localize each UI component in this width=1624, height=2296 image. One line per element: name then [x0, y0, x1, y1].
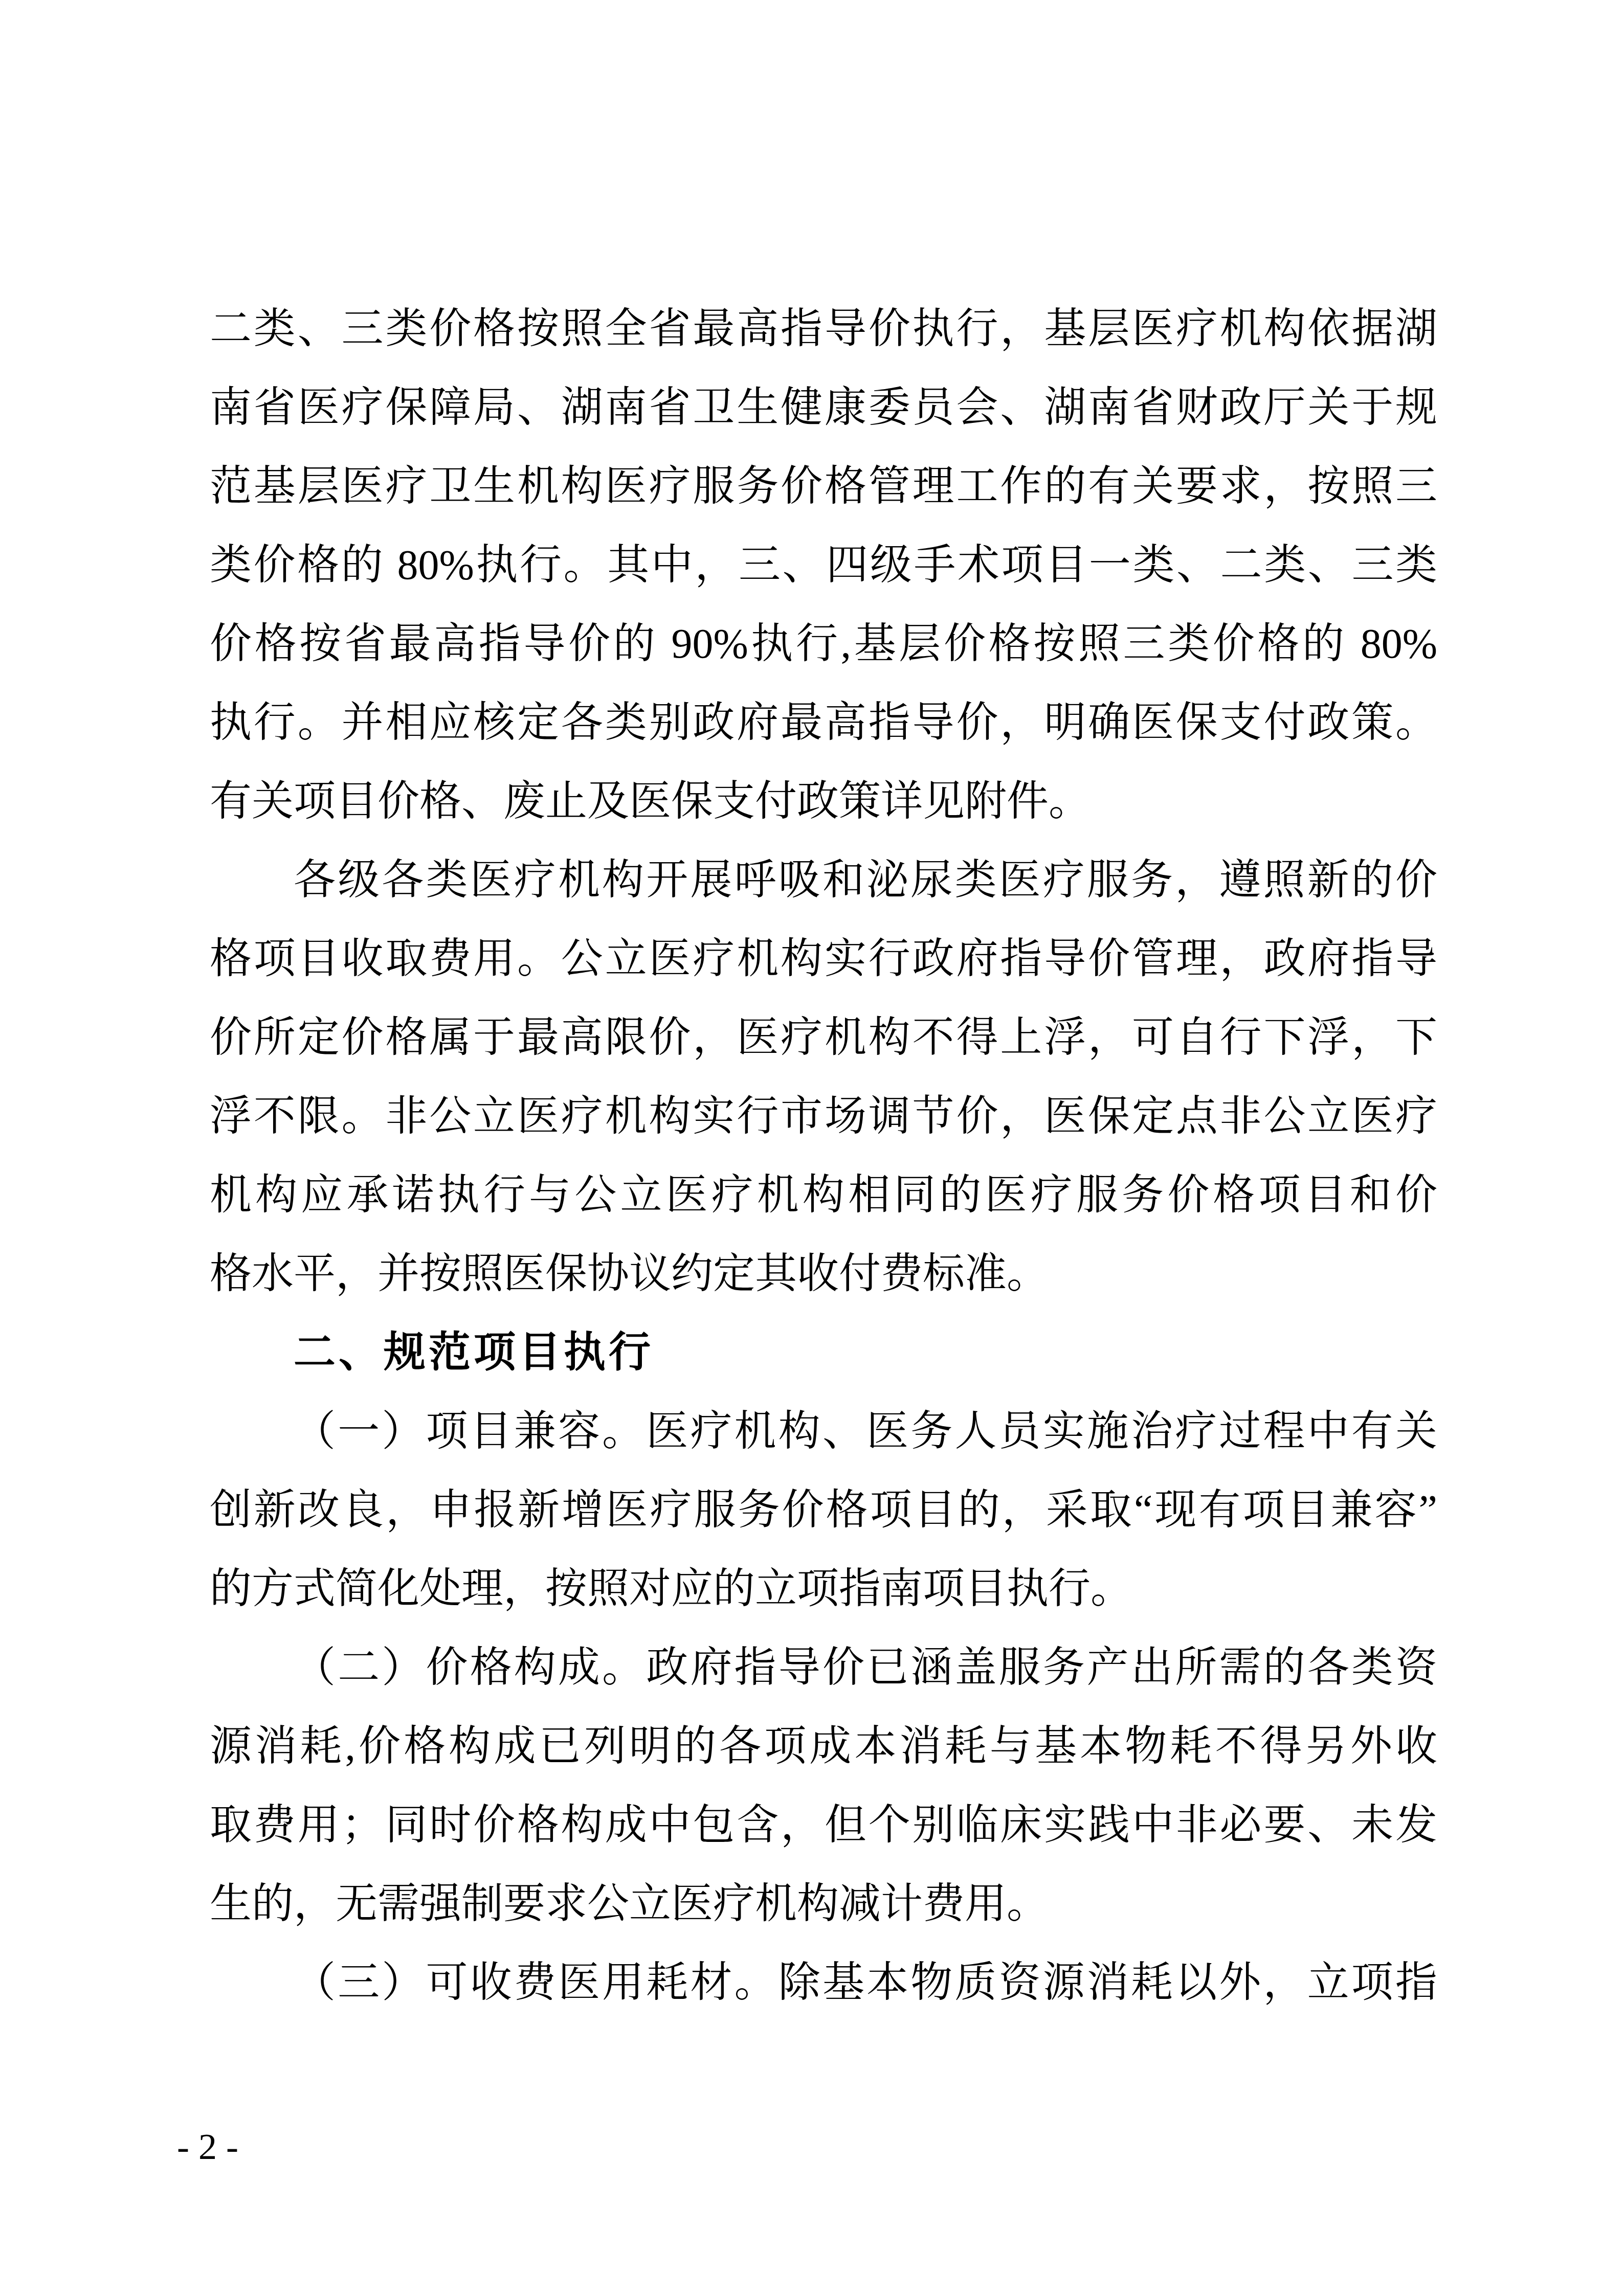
text-line: 格项目收取费用。公立医疗机构实行政府指导价管理，政府指导 [210, 919, 1437, 998]
text-line: 有关项目价格、废止及医保支付政策详见附件。 [210, 762, 1437, 841]
text-line: 生的，无需强制要求公立医疗机构减计费用。 [210, 1864, 1437, 1943]
text-line: 浮不限。非公立医疗机构实行市场调节价，医保定点非公立医疗 [210, 1077, 1437, 1156]
text-line: 取费用；同时价格构成中包含，但个别临床实践中非必要、未发 [210, 1786, 1437, 1864]
text-line: 价格按省最高指导价的 90%执行,基层价格按照三类价格的 80% [210, 604, 1437, 683]
document-page: 二类、三类价格按照全省最高指导价执行，基层医疗机构依据湖 南省医疗保障局、湖南省… [0, 0, 1624, 2296]
text-line: 执行。并相应核定各类别政府最高指导价，明确医保支付政策。 [210, 683, 1437, 762]
page-number: - 2 - [177, 2125, 238, 2168]
text-line: 类价格的 80%执行。其中，三、四级手术项目一类、二类、三类 [210, 526, 1437, 604]
text-line: 创新改良，申报新增医疗服务价格项目的，采取“现有项目兼容” [210, 1471, 1437, 1549]
text-line: 范基层医疗卫生机构医疗服务价格管理工作的有关要求，按照三 [210, 447, 1437, 526]
text-line: （二）价格构成。政府指导价已涵盖服务产出所需的各类资 [210, 1628, 1437, 1707]
text-line: 源消耗,价格构成已列明的各项成本消耗与基本物耗不得另外收 [210, 1707, 1437, 1786]
text-line: 二类、三类价格按照全省最高指导价执行，基层医疗机构依据湖 [210, 289, 1437, 368]
section-heading: 二、规范项目执行 [210, 1313, 1437, 1392]
text-line: （一）项目兼容。医疗机构、医务人员实施治疗过程中有关 [210, 1392, 1437, 1471]
text-line: 格水平，并按照医保协议约定其收付费标准。 [210, 1234, 1437, 1313]
text-line: 的方式简化处理，按照对应的立项指南项目执行。 [210, 1549, 1437, 1628]
text-line: 南省医疗保障局、湖南省卫生健康委员会、湖南省财政厅关于规 [210, 368, 1437, 447]
text-line: 机构应承诺执行与公立医疗机构相同的医疗服务价格项目和价 [210, 1156, 1437, 1234]
text-line: （三）可收费医用耗材。除基本物质资源消耗以外，立项指 [210, 1943, 1437, 2022]
text-line: 价所定价格属于最高限价，医疗机构不得上浮，可自行下浮，下 [210, 998, 1437, 1077]
text-line: 各级各类医疗机构开展呼吸和泌尿类医疗服务，遵照新的价 [210, 841, 1437, 919]
text-body: 二类、三类价格按照全省最高指导价执行，基层医疗机构依据湖 南省医疗保障局、湖南省… [210, 289, 1437, 2022]
